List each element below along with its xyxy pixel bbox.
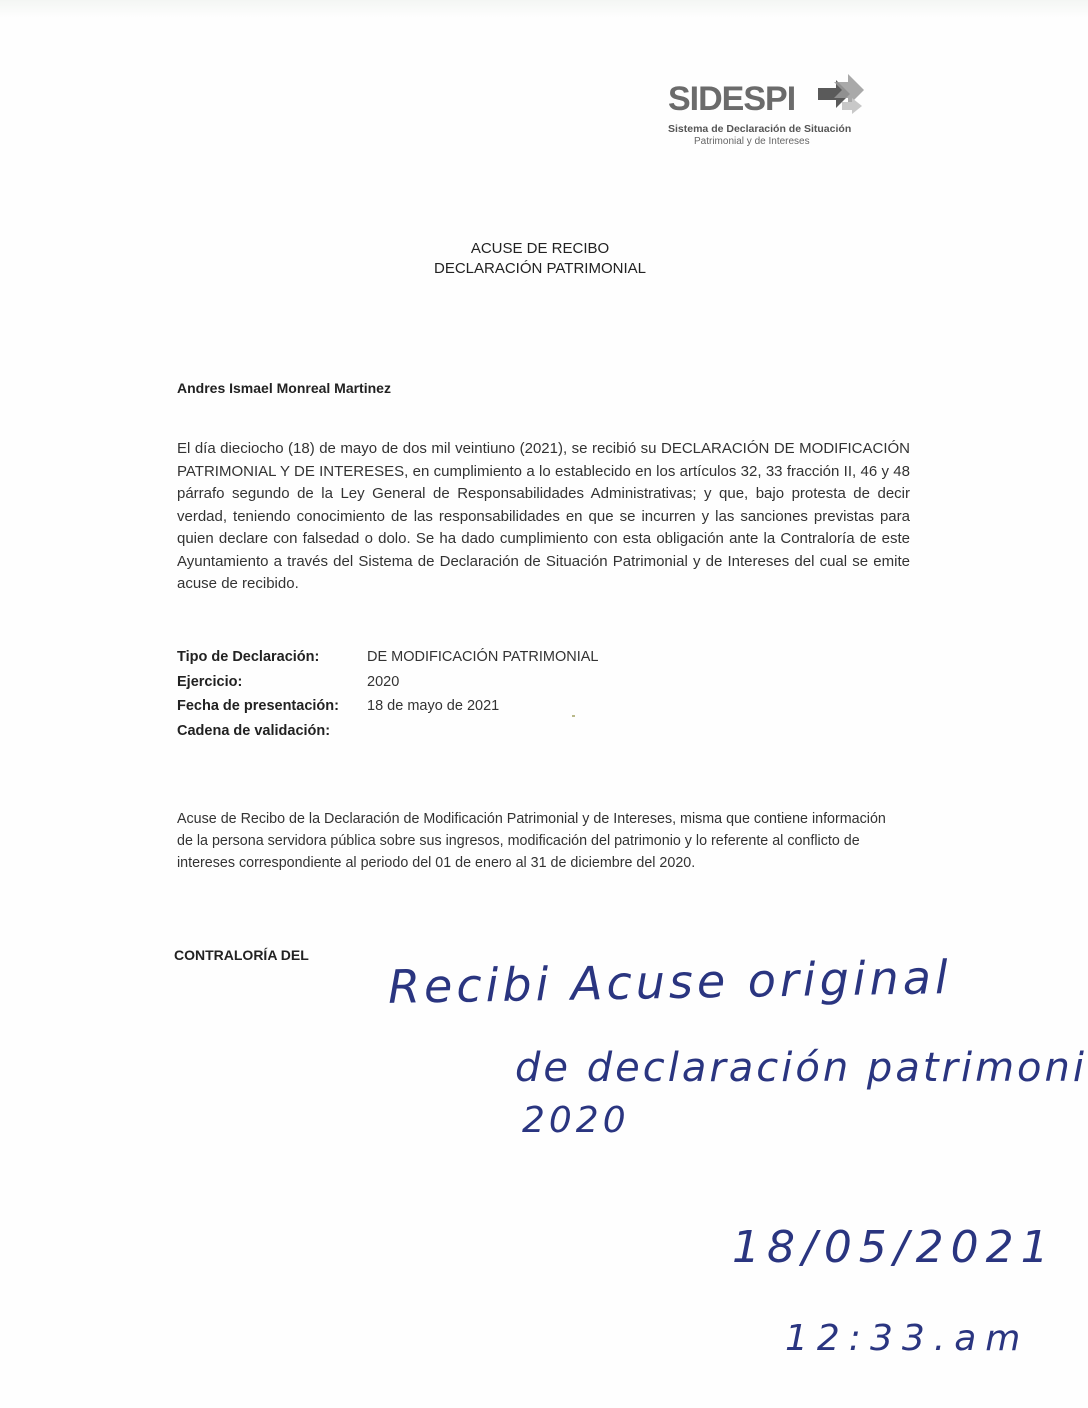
detail-label: Tipo de Declaración: xyxy=(177,645,367,670)
handwritten-note-line3: 2020 xyxy=(522,1100,630,1141)
document-page: SIDESPI Sistema de Declaración de Situac… xyxy=(0,0,1088,1408)
detail-row-exercise: Ejercicio: 2020 xyxy=(177,670,598,695)
handwritten-date: 18/05/2021 xyxy=(732,1222,1056,1273)
detail-row-date: Fecha de presentación: 18 de mayo de 202… xyxy=(177,694,598,719)
handwritten-time: 12:33.am xyxy=(785,1318,1029,1359)
scan-edge xyxy=(0,0,1088,18)
detail-label: Cadena de validación: xyxy=(177,719,367,744)
detail-row-validation: Cadena de validación: xyxy=(177,719,598,744)
double-arrow-icon xyxy=(816,72,866,116)
sidespi-logo: SIDESPI Sistema de Declaración de Situac… xyxy=(664,70,874,150)
declaration-details: Tipo de Declaración: DE MODIFICACIÓN PAT… xyxy=(177,645,598,743)
detail-value: DE MODIFICACIÓN PATRIMONIAL xyxy=(367,645,598,670)
logo-subtitle-line1: Sistema de Declaración de Situación xyxy=(668,123,851,135)
detail-label: Fecha de presentación: xyxy=(177,694,367,719)
detail-label: Ejercicio: xyxy=(177,670,367,695)
handwritten-note-line2: de declaración patrimonial xyxy=(515,1045,1088,1091)
logo-subtitle-line2: Patrimonial y de Intereses xyxy=(694,136,810,147)
detail-value: 18 de mayo de 2021 xyxy=(367,694,499,719)
document-title: ACUSE DE RECIBO xyxy=(0,240,1084,257)
summary-paragraph: Acuse de Recibo de la Declaración de Mod… xyxy=(177,808,902,874)
body-paragraph: El día dieciocho (18) de mayo de dos mil… xyxy=(177,438,910,596)
scan-speck xyxy=(572,715,575,717)
detail-value: 2020 xyxy=(367,670,399,695)
handwritten-note-line1: Recibi Acuse original xyxy=(388,950,953,1014)
signature-block: CONTRALORÍA DEL xyxy=(174,947,309,963)
document-subtitle: DECLARACIÓN PATRIMONIAL xyxy=(0,260,1084,277)
detail-row-type: Tipo de Declaración: DE MODIFICACIÓN PAT… xyxy=(177,645,598,670)
recipient-name: Andres Ismael Monreal Martinez xyxy=(177,380,391,396)
logo-wordmark: SIDESPI xyxy=(668,82,795,116)
